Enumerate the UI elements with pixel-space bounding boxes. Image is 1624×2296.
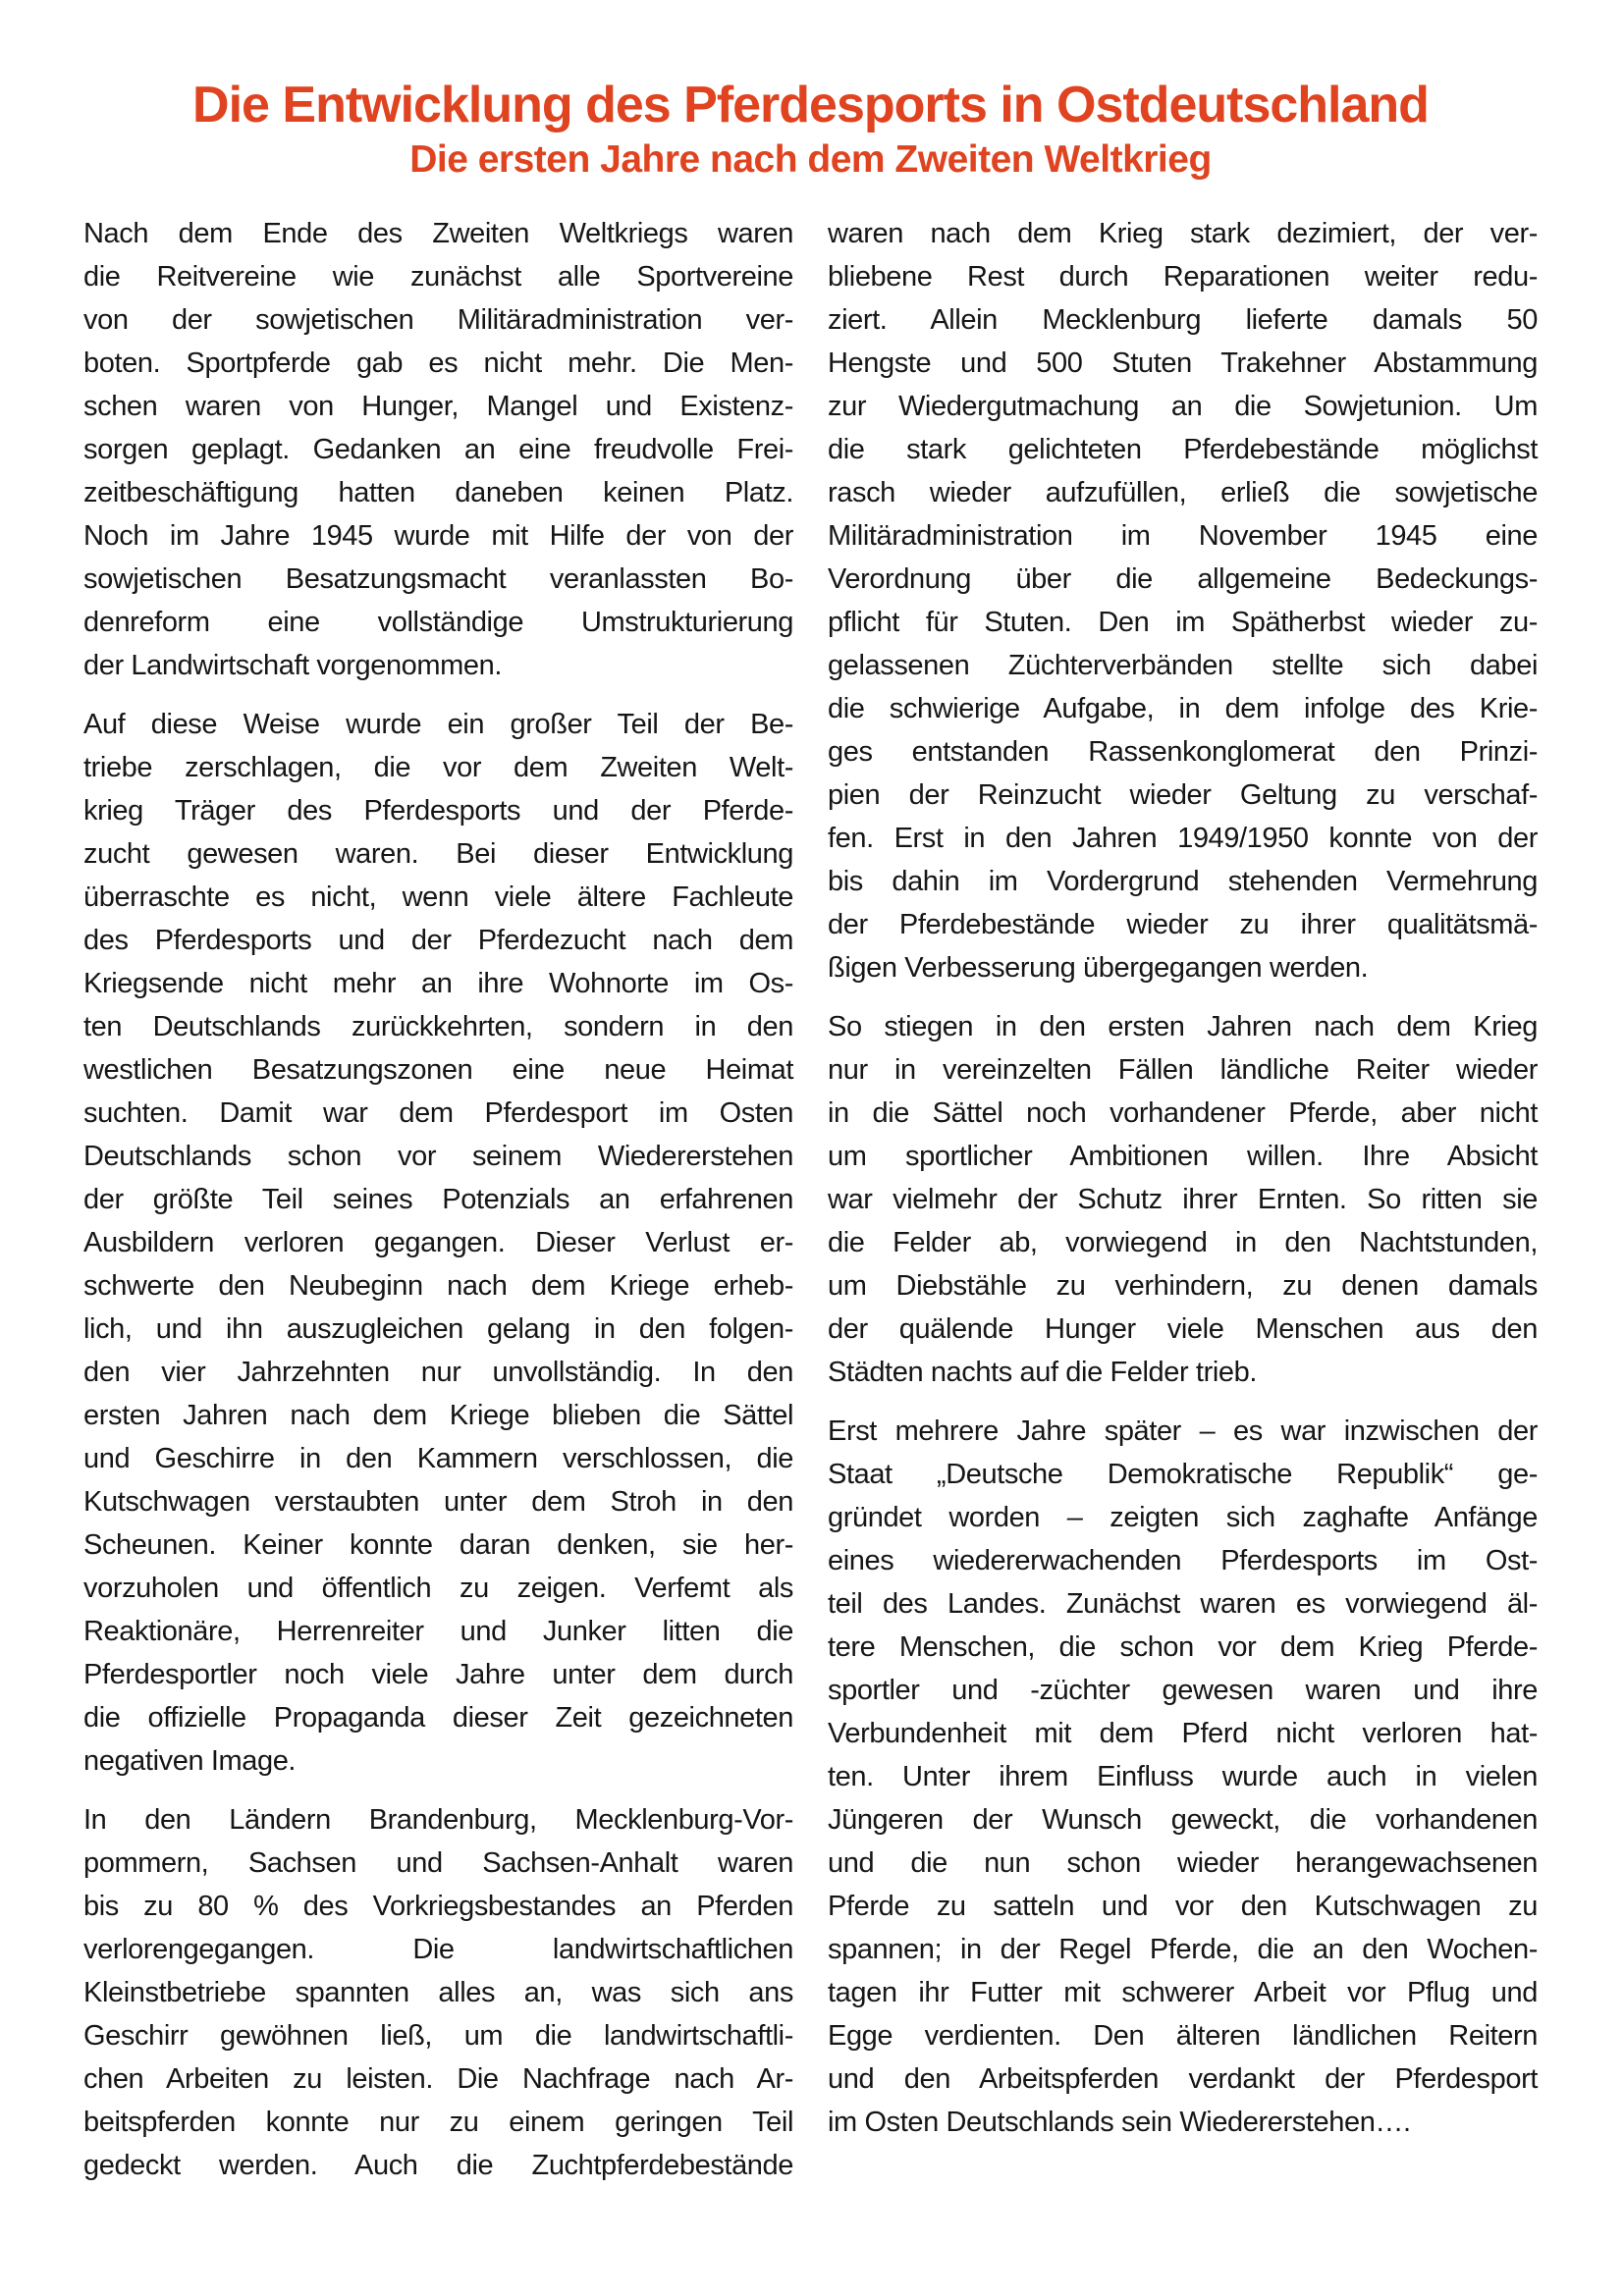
text-line: und den Arbeitspferden verdankt der Pfer… bbox=[828, 2057, 1538, 2101]
text-line: beitspferden konnte nur zu einem geringe… bbox=[83, 2101, 793, 2144]
text-line: Pferde zu satteln und vor den Kutschwage… bbox=[828, 1885, 1538, 1928]
text-line: triebe zerschlagen, die vor dem Zweiten … bbox=[83, 746, 793, 789]
paragraph: In den Ländern Brandenburg, Mecklenburg-… bbox=[83, 1798, 793, 2187]
text-line: gründet worden – zeigten sich zaghafte A… bbox=[828, 1496, 1538, 1539]
text-line: spannen; in der Regel Pferde, die an den… bbox=[828, 1928, 1538, 1971]
text-line: tagen ihr Futter mit schwerer Arbeit vor… bbox=[828, 1971, 1538, 2014]
paragraph: Nach dem Ende des Zweiten Weltkriegs war… bbox=[83, 212, 793, 687]
text-line: ges entstanden Rassenkonglomerat den Pri… bbox=[828, 730, 1538, 774]
text-line: rasch wieder aufzufüllen, erließ die sow… bbox=[828, 471, 1538, 514]
article-body: Nach dem Ende des Zweiten Weltkriegs war… bbox=[83, 212, 1538, 2203]
text-line: der größte Teil seines Potenzials an erf… bbox=[83, 1178, 793, 1221]
text-line: ten Deutschlands zurückkehrten, sondern … bbox=[83, 1005, 793, 1048]
text-line: lich, und ihn auszugleichen gelang in de… bbox=[83, 1308, 793, 1351]
paragraph: waren nach dem Krieg stark dezimiert, de… bbox=[828, 212, 1538, 989]
text-line: der Landwirtschaft vorgenommen. bbox=[83, 644, 793, 687]
text-line: sowjetischen Besatzungsmacht veranlasste… bbox=[83, 558, 793, 601]
text-line: im Osten Deutschlands sein Wiedererstehe… bbox=[828, 2101, 1538, 2144]
text-line: Nach dem Ende des Zweiten Weltkriegs war… bbox=[83, 212, 793, 255]
left-column: Nach dem Ende des Zweiten Weltkriegs war… bbox=[83, 212, 793, 2203]
paragraph: So stiegen in den ersten Jahren nach dem… bbox=[828, 1005, 1538, 1394]
text-line: Auf diese Weise wurde ein großer Teil de… bbox=[83, 703, 793, 746]
text-line: krieg Träger des Pferdesports und der Pf… bbox=[83, 789, 793, 832]
text-line: schwerte den Neubeginn nach dem Kriege e… bbox=[83, 1264, 793, 1308]
text-line: gedeckt werden. Auch die Zuchtpferdebest… bbox=[83, 2144, 793, 2187]
text-line: ziert. Allein Mecklenburg lieferte damal… bbox=[828, 298, 1538, 342]
text-line: pien der Reinzucht wieder Geltung zu ver… bbox=[828, 774, 1538, 817]
text-line: zeitbeschäftigung hatten daneben keinen … bbox=[83, 471, 793, 514]
text-line: um sportlicher Ambitionen willen. Ihre A… bbox=[828, 1135, 1538, 1178]
text-line: der quälende Hunger viele Menschen aus d… bbox=[828, 1308, 1538, 1351]
document-page: Die Entwicklung des Pferdesports in Ostd… bbox=[0, 0, 1624, 2296]
text-line: und die nun schon wieder herangewachsene… bbox=[828, 1842, 1538, 1885]
text-line: Hengste und 500 Stuten Trakehner Abstamm… bbox=[828, 342, 1538, 385]
text-line: Erst mehrere Jahre später – es war inzwi… bbox=[828, 1410, 1538, 1453]
document-title: Die Entwicklung des Pferdesports in Ostd… bbox=[83, 77, 1538, 133]
text-line: chen Arbeiten zu leisten. Die Nachfrage … bbox=[83, 2057, 793, 2101]
text-line: westlichen Besatzungszonen eine neue Hei… bbox=[83, 1048, 793, 1092]
text-line: und Geschirre in den Kammern verschlosse… bbox=[83, 1437, 793, 1480]
text-line: überraschte es nicht, wenn viele ältere … bbox=[83, 876, 793, 919]
text-line: Deutschlands schon vor seinem Wiedererst… bbox=[83, 1135, 793, 1178]
text-line: die offizielle Propaganda dieser Zeit ge… bbox=[83, 1696, 793, 1739]
text-line: die schwierige Aufgabe, in dem infolge d… bbox=[828, 687, 1538, 730]
text-line: boten. Sportpferde gab es nicht mehr. Di… bbox=[83, 342, 793, 385]
text-line: des Pferdesports und der Pferdezucht nac… bbox=[83, 919, 793, 962]
text-line: ersten Jahren nach dem Kriege blieben di… bbox=[83, 1394, 793, 1437]
text-line: Jüngeren der Wunsch geweckt, die vorhand… bbox=[828, 1798, 1538, 1842]
text-line: So stiegen in den ersten Jahren nach dem… bbox=[828, 1005, 1538, 1048]
text-line: fen. Erst in den Jahren 1949/1950 konnte… bbox=[828, 817, 1538, 860]
text-line: verlorengegangen. Die landwirtschaftlich… bbox=[83, 1928, 793, 1971]
text-line: von der sowjetischen Militäradministrati… bbox=[83, 298, 793, 342]
text-line: Egge verdienten. Den älteren ländlichen … bbox=[828, 2014, 1538, 2057]
text-line: waren nach dem Krieg stark dezimiert, de… bbox=[828, 212, 1538, 255]
text-line: pommern, Sachsen und Sachsen-Anhalt ware… bbox=[83, 1842, 793, 1885]
text-line: die stark gelichteten Pferdebestände mög… bbox=[828, 428, 1538, 471]
text-line: sportler und -züchter gewesen waren und … bbox=[828, 1669, 1538, 1712]
text-line: war vielmehr der Schutz ihrer Ernten. So… bbox=[828, 1178, 1538, 1221]
text-line: vorzuholen und öffentlich zu zeigen. Ver… bbox=[83, 1567, 793, 1610]
right-column: waren nach dem Krieg stark dezimiert, de… bbox=[828, 212, 1538, 2203]
text-line: Kleinstbetriebe spannten alles an, was s… bbox=[83, 1971, 793, 2014]
text-line: Reaktionäre, Herrenreiter und Junker lit… bbox=[83, 1610, 793, 1653]
text-line: In den Ländern Brandenburg, Mecklenburg-… bbox=[83, 1798, 793, 1842]
text-line: pflicht für Stuten. Den im Spätherbst wi… bbox=[828, 601, 1538, 644]
text-line: Pferdesportler noch viele Jahre unter de… bbox=[83, 1653, 793, 1696]
text-line: Kriegsende nicht mehr an ihre Wohnorte i… bbox=[83, 962, 793, 1005]
text-line: zucht gewesen waren. Bei dieser Entwickl… bbox=[83, 832, 793, 876]
paragraph: Erst mehrere Jahre später – es war inzwi… bbox=[828, 1410, 1538, 2144]
text-line: schen waren von Hunger, Mangel und Exist… bbox=[83, 385, 793, 428]
text-line: sorgen geplagt. Gedanken an eine freudvo… bbox=[83, 428, 793, 471]
text-line: teil des Landes. Zunächst waren es vorwi… bbox=[828, 1582, 1538, 1626]
paragraph: Auf diese Weise wurde ein großer Teil de… bbox=[83, 703, 793, 1783]
text-line: die Felder ab, vorwiegend in den Nachtst… bbox=[828, 1221, 1538, 1264]
text-line: in die Sättel noch vorhandener Pferde, a… bbox=[828, 1092, 1538, 1135]
text-line: bis dahin im Vordergrund stehenden Verme… bbox=[828, 860, 1538, 903]
text-line: der Pferdebestände wieder zu ihrer quali… bbox=[828, 903, 1538, 946]
text-line: Staat „Deutsche Demokratische Republik“ … bbox=[828, 1453, 1538, 1496]
text-line: den vier Jahrzehnten nur unvollständig. … bbox=[83, 1351, 793, 1394]
text-line: denreform eine vollständige Umstrukturie… bbox=[83, 601, 793, 644]
text-line: Geschirr gewöhnen ließ, um die landwirts… bbox=[83, 2014, 793, 2057]
text-line: Kutschwagen verstaubten unter dem Stroh … bbox=[83, 1480, 793, 1523]
text-line: Ausbildern verloren gegangen. Dieser Ver… bbox=[83, 1221, 793, 1264]
text-line: bliebene Rest durch Reparationen weiter … bbox=[828, 255, 1538, 298]
text-line: Militäradministration im November 1945 e… bbox=[828, 514, 1538, 558]
text-line: tere Menschen, die schon vor dem Krieg P… bbox=[828, 1626, 1538, 1669]
text-line: Verordnung über die allgemeine Bedeckung… bbox=[828, 558, 1538, 601]
text-line: bis zu 80 % des Vorkriegsbestandes an Pf… bbox=[83, 1885, 793, 1928]
text-line: ten. Unter ihrem Einfluss wurde auch in … bbox=[828, 1755, 1538, 1798]
text-line: gelassenen Züchterverbänden stellte sich… bbox=[828, 644, 1538, 687]
text-line: die Reitvereine wie zunächst alle Sportv… bbox=[83, 255, 793, 298]
text-line: Scheunen. Keiner konnte daran denken, si… bbox=[83, 1523, 793, 1567]
text-line: Städten nachts auf die Felder trieb. bbox=[828, 1351, 1538, 1394]
text-line: Noch im Jahre 1945 wurde mit Hilfe der v… bbox=[83, 514, 793, 558]
text-line: zur Wiedergutmachung an die Sowjetunion.… bbox=[828, 385, 1538, 428]
text-line: suchten. Damit war dem Pferdesport im Os… bbox=[83, 1092, 793, 1135]
text-line: negativen Image. bbox=[83, 1739, 793, 1783]
text-line: nur in vereinzelten Fällen ländliche Rei… bbox=[828, 1048, 1538, 1092]
document-subtitle: Die ersten Jahre nach dem Zweiten Weltkr… bbox=[83, 137, 1538, 183]
text-line: um Diebstähle zu verhindern, zu denen da… bbox=[828, 1264, 1538, 1308]
text-line: ßigen Verbesserung übergegangen werden. bbox=[828, 946, 1538, 989]
text-line: Verbundenheit mit dem Pferd nicht verlor… bbox=[828, 1712, 1538, 1755]
text-line: eines wiedererwachenden Pferdesports im … bbox=[828, 1539, 1538, 1582]
